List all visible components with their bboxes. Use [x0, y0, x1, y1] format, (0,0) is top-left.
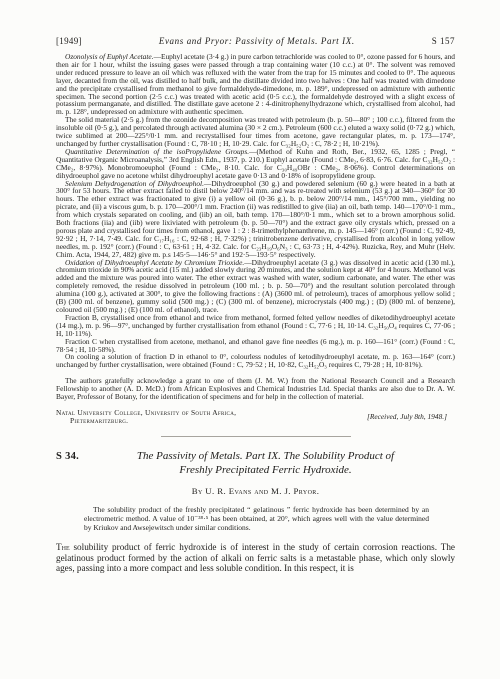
paragraph-text: —Dihydroeuphol (30 g.) and powdered sele… [56, 179, 455, 259]
paragraph-text: —Euphyl acetate (3·4 g.) in pure carbon … [56, 52, 455, 116]
experimental-section: Ozonolysis of Euphyl Acetate.—Euphyl ace… [56, 53, 455, 425]
paragraph-text: Fraction B, crystallised once from ethan… [56, 313, 455, 338]
paragraph-text: On cooling a solution of fraction D in e… [56, 352, 455, 369]
acknowledgement: The authors gratefully acknowledge a gra… [56, 377, 455, 401]
running-header: [1949] Evans and Pryor: Passivity of Met… [56, 36, 455, 46]
paragraph-oxidation: Oxidation of Dihydroeuphyl Acetate by Ch… [56, 259, 455, 314]
affiliation-block: Natal University College, University of … [56, 409, 455, 425]
page-number: S 157 [432, 36, 455, 46]
article-title-line1: The Passivity of Metals. Part IX. The So… [137, 450, 394, 462]
header-year: [1949] [56, 36, 82, 46]
paragraph-fraction-d: On cooling a solution of fraction D in e… [56, 353, 455, 369]
abstract: The solubility product of the freshly pr… [84, 506, 429, 532]
running-title: Evans and Pryor: Passivity of Metals. Pa… [159, 36, 355, 46]
intro-text: solubility product of ferric hydroxide i… [56, 542, 455, 573]
affiliation: Natal University College, University of … [56, 409, 236, 425]
affiliation-line2: Pietermaritzburg. [56, 417, 236, 425]
article-title: The Passivity of Metals. Part IX. The So… [86, 450, 445, 477]
intro-lead-word: The [56, 542, 70, 552]
paragraph-fraction-c: Fraction C when crystallised from aceton… [56, 338, 455, 354]
paragraph-solid-material: The solid material (2·5 g.) from the ozo… [56, 116, 455, 148]
received-date: [Received, July 8th, 1948.] [367, 413, 455, 421]
journal-page: [1949] Evans and Pryor: Passivity of Met… [0, 0, 500, 679]
paragraph-quantitative-determination: Quantitative Determination of the isoPro… [56, 148, 455, 180]
paragraph-text: Fraction C when crystallised from aceton… [56, 337, 455, 354]
article-number: S 34. [56, 451, 79, 462]
article-title-line2: Freshly Precipitated Ferric Hydroxide. [179, 464, 351, 476]
byline: By U. R. Evans and M. J. Pryor. [56, 486, 455, 496]
paragraph-text: The solid material (2·5 g.) from the ozo… [56, 115, 455, 148]
section-divider [161, 436, 351, 437]
paragraph-selenium-dehydrogenation: Selenium Dehydrogenation of Dihydroeupho… [56, 180, 455, 259]
paragraph-fraction-b: Fraction B, crystallised once from ethan… [56, 314, 455, 338]
intro-paragraph: The solubility product of ferric hydroxi… [56, 542, 455, 574]
paragraph-text: —Dihydroeuphyl acetate (3 g.) was dissol… [56, 258, 455, 314]
paragraph-ozonolysis: Ozonolysis of Euphyl Acetate.—Euphyl ace… [56, 53, 455, 116]
article-header: S 34. The Passivity of Metals. Part IX. … [56, 450, 455, 477]
